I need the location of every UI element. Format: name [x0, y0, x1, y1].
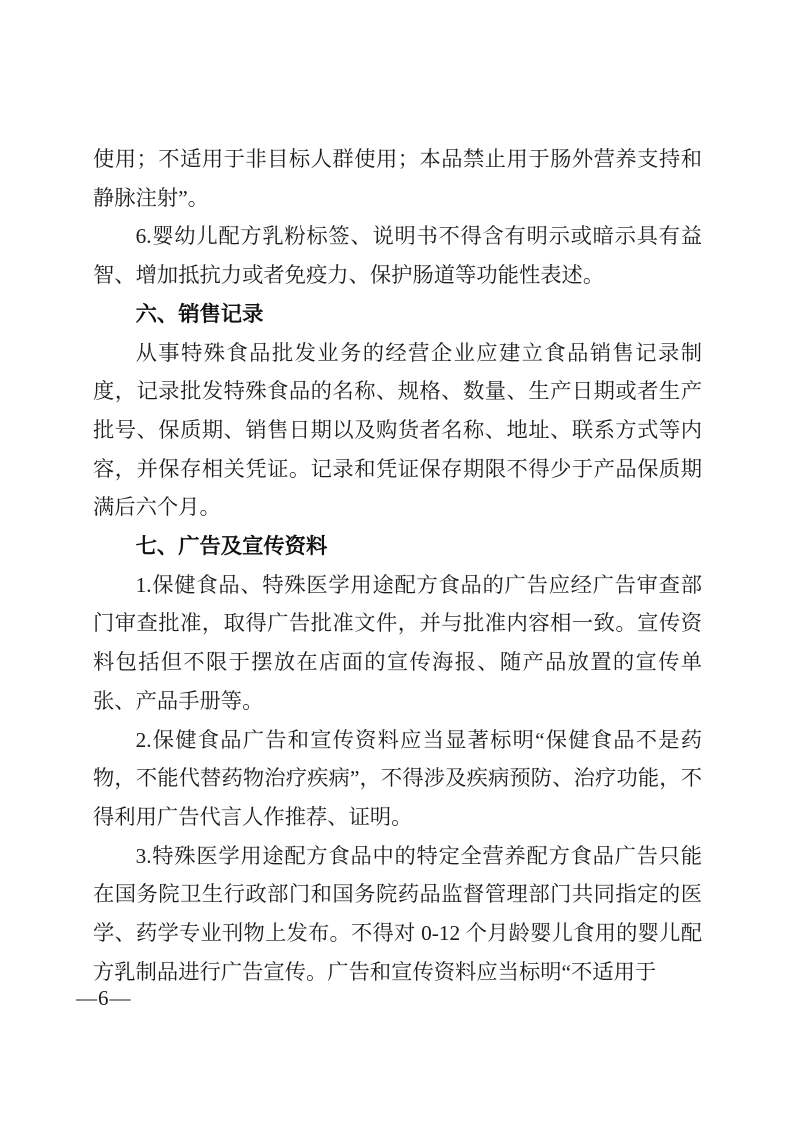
document-page: 使用；不适用于非目标人群使用；本品禁止用于肠外营养支持和静脉注射”。 6.婴幼儿… — [0, 0, 794, 1123]
item-2-paragraph: 2.保健食品广告和宣传资料应当显著标明“保健食品不是药物，不能代替药物治疗疾病”… — [93, 721, 702, 837]
section-heading-advertising: 七、广告及宣传资料 — [93, 527, 702, 566]
document-body: 使用；不适用于非目标人群使用；本品禁止用于肠外营养支持和静脉注射”。 6.婴幼儿… — [93, 140, 702, 991]
sales-records-paragraph: 从事特殊食品批发业务的经营企业应建立食品销售记录制度，记录批发特殊食品的名称、规… — [93, 334, 702, 528]
page-number: —6— — [76, 986, 132, 1010]
section-heading-sales-records: 六、销售记录 — [93, 295, 702, 334]
item-1-paragraph: 1.保健食品、特殊医学用途配方食品的广告应经广告审查部门审查批准，取得广告批准文… — [93, 566, 702, 721]
item-6-paragraph: 6.婴幼儿配方乳粉标签、说明书不得含有明示或暗示具有益智、增加抵抗力或者免疫力、… — [93, 217, 702, 294]
item-3-paragraph: 3.特殊医学用途配方食品中的特定全营养配方食品广告只能在国务院卫生行政部门和国务… — [93, 837, 702, 992]
continuation-paragraph: 使用；不适用于非目标人群使用；本品禁止用于肠外营养支持和静脉注射”。 — [93, 140, 702, 217]
